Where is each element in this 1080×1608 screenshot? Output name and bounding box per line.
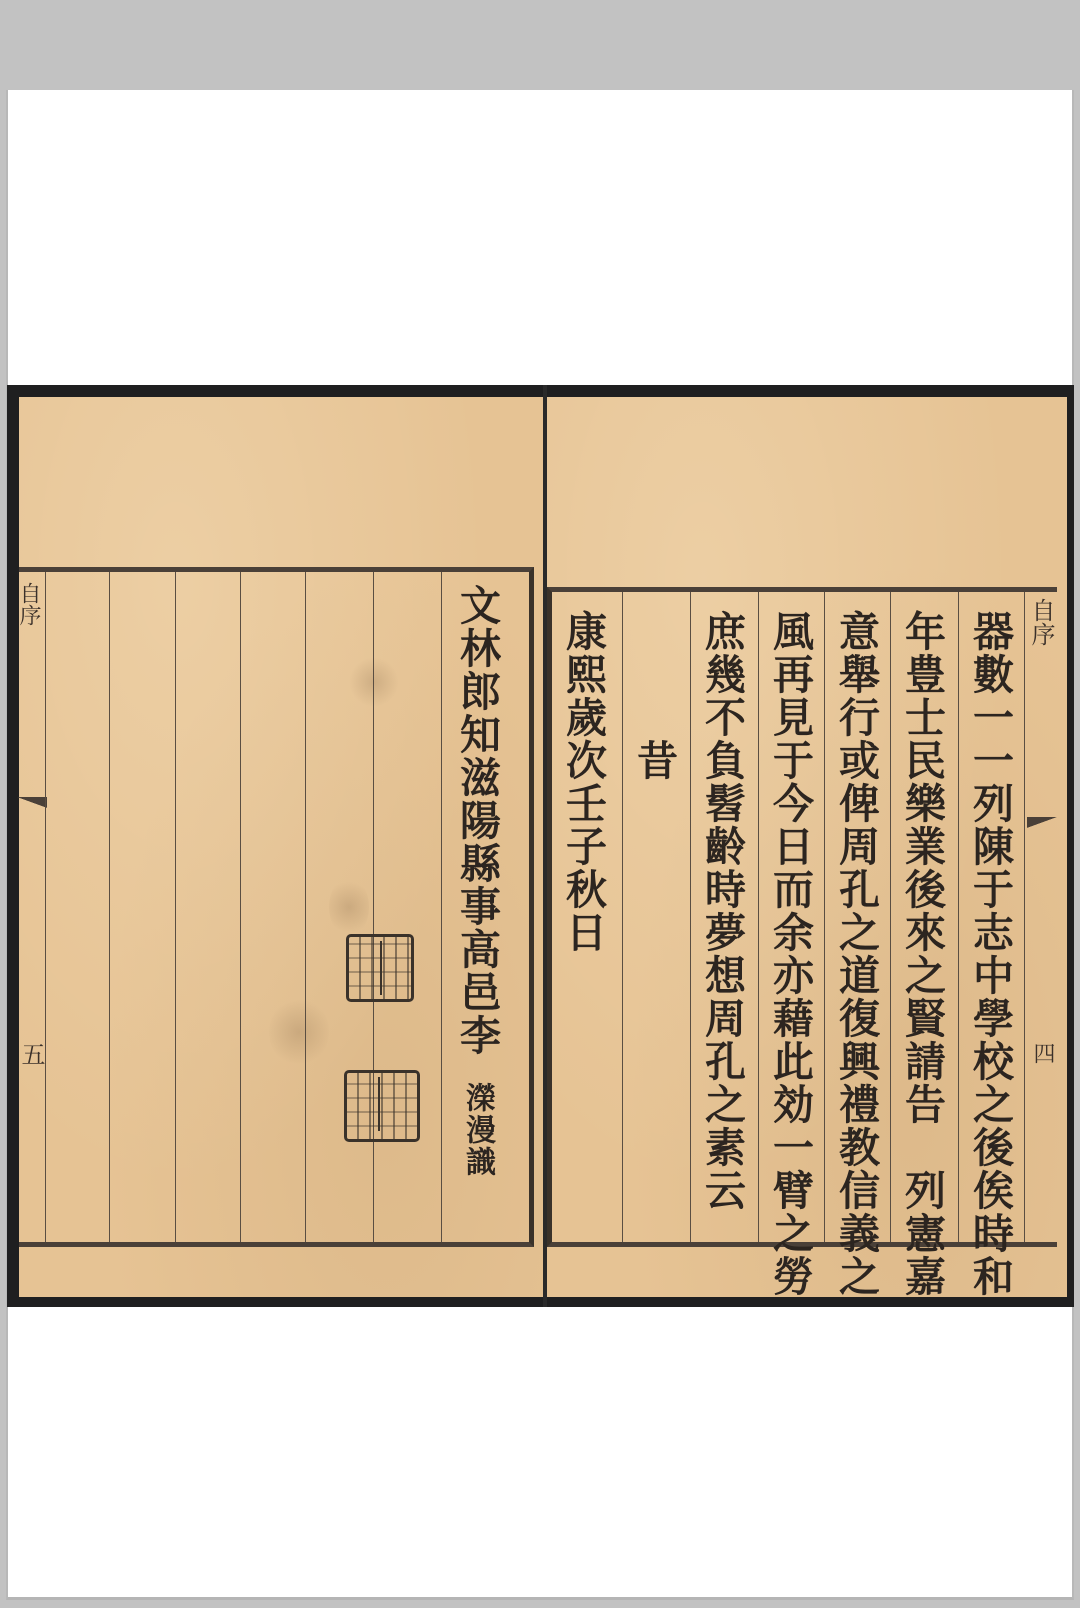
- text-line-1: 器數一一列陳于志中學校之後俟時和: [969, 610, 1010, 1298]
- scanned-spread: 自序 五 文林郎知滋陽縣事高邑李 濚漫識 康熙歲次壬子秋日: [7, 385, 1074, 1307]
- margin-column: 自序 五: [19, 572, 45, 1242]
- text-column-4: 風再見于今日而余亦藉此効一臂之勞: [758, 592, 824, 1242]
- text-column-6: 昔: [622, 592, 690, 1242]
- date-line: 康熙歲次壬子秋日: [562, 610, 603, 954]
- text-line-2: 年豊士民樂業後來之賢請告 列憲嘉: [901, 610, 942, 1298]
- margin-label: 自序: [17, 582, 39, 626]
- signature-name: 濚漫識: [462, 1082, 492, 1178]
- left-print-frame: 自序 五 文林郎知滋陽縣事高邑李 濚漫識: [19, 567, 534, 1247]
- fish-tail-mark: [1027, 817, 1057, 833]
- right-page: 康熙歲次壬子秋日 昔 庶幾不負髫齡時夢想周孔之素云 風再見于今日而余亦藉此効一臂…: [547, 397, 1067, 1297]
- text-column-3: 意舉行或俾周孔之道復興禮教信義之: [824, 592, 890, 1242]
- seal-column: [373, 572, 441, 1242]
- page-number: 五: [19, 1042, 43, 1066]
- blank-column: [175, 572, 240, 1242]
- upper-seal-stamp: [346, 934, 414, 1002]
- text-column-5: 庶幾不負髫齡時夢想周孔之素云: [690, 592, 758, 1242]
- left-page: 自序 五 文林郎知滋陽縣事高邑李 濚漫識: [19, 397, 543, 1297]
- lower-seal-stamp: [344, 1070, 420, 1142]
- blank-column: [240, 572, 305, 1242]
- text-column-1: 器數一一列陳于志中學校之後俟時和: [958, 592, 1024, 1242]
- signature-line: 文林郎知滋陽縣事高邑李: [456, 584, 497, 1057]
- text-line-5: 庶幾不負髫齡時夢想周孔之素云: [701, 610, 742, 1212]
- right-print-frame: 康熙歲次壬子秋日 昔 庶幾不負髫齡時夢想周孔之素云 風再見于今日而余亦藉此効一臂…: [547, 587, 1057, 1247]
- blank-column: [45, 572, 109, 1242]
- fish-tail-mark: [17, 797, 47, 813]
- page-number: 四: [1031, 1042, 1053, 1064]
- text-line-4: 風再見于今日而余亦藉此効一臂之勞: [769, 610, 810, 1298]
- text-line-3: 意舉行或俾周孔之道復興禮教信義之: [835, 610, 876, 1298]
- text-line-6: 昔: [633, 610, 674, 782]
- margin-label: 自序: [1029, 598, 1053, 646]
- text-column-7: 康熙歲次壬子秋日: [552, 592, 622, 1242]
- text-column-2: 年豊士民樂業後來之賢請告 列憲嘉: [890, 592, 958, 1242]
- signature-column: 文林郎知滋陽縣事高邑李 濚漫識: [441, 572, 529, 1242]
- margin-column: 自序 四: [1024, 592, 1057, 1242]
- blank-column: [109, 572, 175, 1242]
